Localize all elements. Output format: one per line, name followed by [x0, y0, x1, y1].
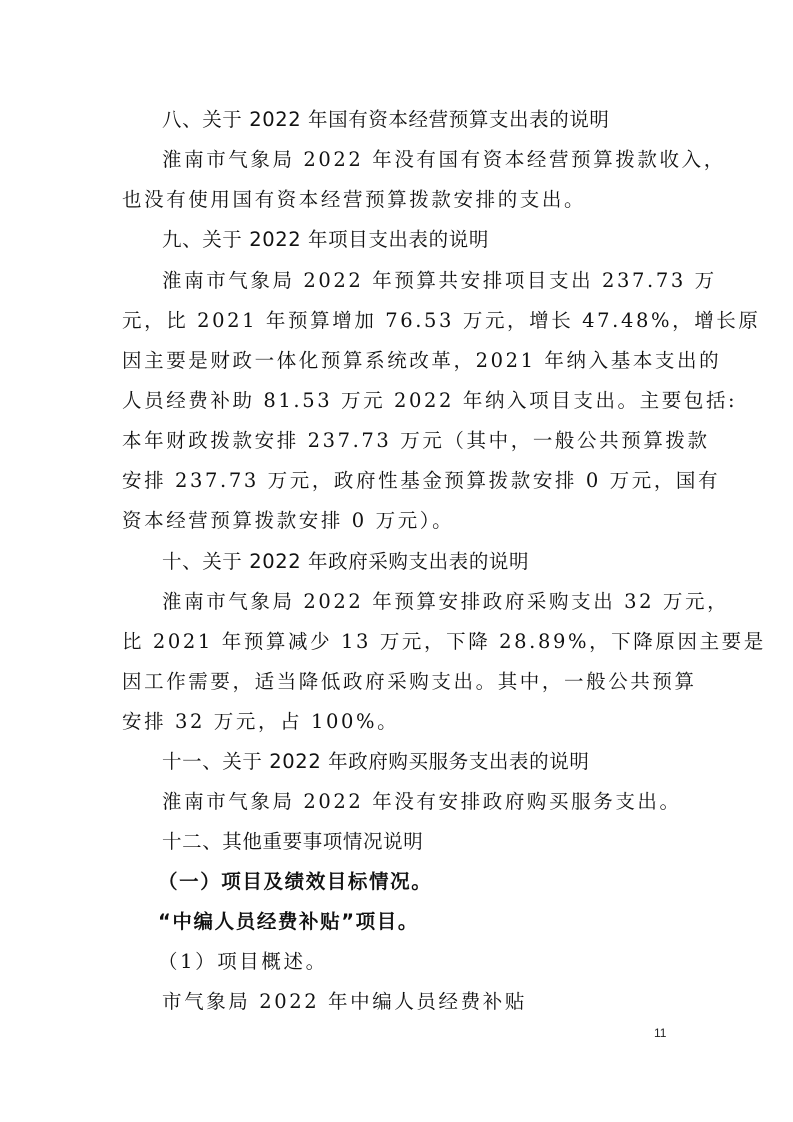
paragraph-line: 安排 32 万元，占 100%。: [122, 702, 399, 742]
section-heading-12: 十二、其他重要事项情况说明: [162, 822, 423, 862]
paragraph-line: 也没有使用国有资本经营预算拨款安排的支出。: [122, 180, 586, 220]
paragraph-line: 本年财政拨款安排 237.73 万元（其中，一般公共预算拨款: [122, 421, 710, 461]
paragraph-line: 资本经营预算拨款安排 0 万元）。: [122, 501, 454, 541]
paragraph-line: 安排 237.73 万元，政府性基金预算拨款安排 0 万元，国有: [122, 461, 720, 501]
section-heading-9: 九、关于 2022 年项目支出表的说明: [162, 220, 489, 260]
paragraph-line: 因主要是财政一体化预算系统改革，2021 年纳入基本支出的: [122, 341, 721, 381]
section-heading-10: 十、关于 2022 年政府采购支出表的说明: [162, 542, 529, 582]
item-heading-overview: （1）项目概述。: [158, 942, 328, 982]
subheading-project-goals: （一）项目及绩效目标情况。: [158, 862, 432, 902]
paragraph-line: 市气象局 2022 年中编人员经费补贴: [162, 982, 527, 1022]
paragraph-line: 淮南市气象局 2022 年预算共安排项目支出 237.73 万: [162, 261, 717, 301]
paragraph-line: 因工作需要，适当降低政府采购支出。其中，一般公共预算: [122, 662, 697, 702]
section-heading-8: 八、关于 2022 年国有资本经营预算支出表的说明: [162, 100, 610, 140]
paragraph-line: 人员经费补助 81.53 万元 2022 年纳入项目支出。主要包括:: [122, 381, 737, 421]
paragraph-line: 淮南市气象局 2022 年没有安排政府购买服务支出。: [162, 782, 682, 822]
paragraph-line: 比 2021 年预算减少 13 万元，下降 28.89%，下降原因主要是: [122, 622, 766, 662]
subheading-project-name: “中编人员经费补贴”项目。: [158, 902, 419, 942]
section-heading-11: 十一、关于 2022 年政府购买服务支出表的说明: [162, 742, 589, 782]
paragraph-line: 淮南市气象局 2022 年没有国有资本经营预算拨款收入，: [162, 140, 726, 180]
page-number: 11: [654, 1026, 666, 1040]
paragraph-line: 淮南市气象局 2022 年预算安排政府采购支出 32 万元，: [162, 582, 729, 622]
paragraph-line: 元，比 2021 年预算增加 76.53 万元，增长 47.48%，增长原: [122, 301, 761, 341]
